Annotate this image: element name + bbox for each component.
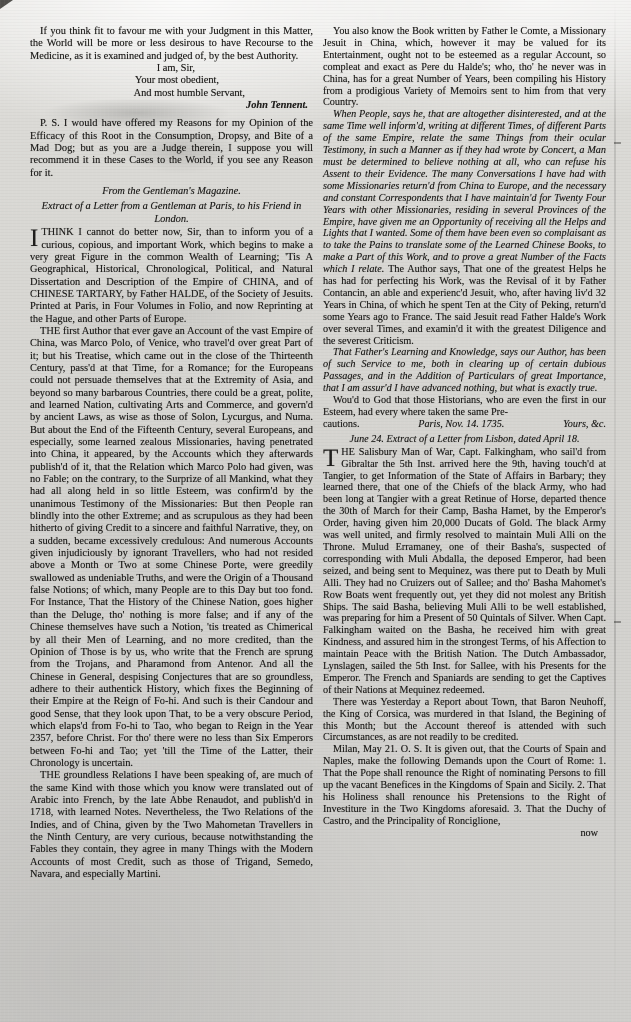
drop-cap-letter: T [323,447,341,469]
letter-closing: I am, Sir, Your most obedient, And most … [30,63,313,112]
catchword: now [323,828,606,840]
source-heading: From the Gentleman's Magazine. [30,186,313,198]
scanned-newspaper-page: If you think fit to favour me with your … [0,0,631,1022]
closing-line: I am, Sir, [30,63,313,75]
quoted-text: When People, says he, that are altogethe… [323,109,606,275]
paragraph-quote-and-author: When People, says he, that are altogethe… [323,109,606,347]
paragraph-text: THINK I cannot do better now, Sir, than … [30,227,313,324]
valediction: Yours, &c. [563,419,606,431]
paragraph-judgment: If you think fit to favour me with your … [30,26,313,63]
paragraph-corsica-report: There was Yesterday a Report about Town,… [323,697,606,745]
paragraph-text: HE Salisbury Man of War, Capt. Falkingha… [323,447,606,696]
signature-name: John Tennent. [30,100,313,112]
paragraph-think: ITHINK I cannot do better now, Sir, than… [30,227,313,326]
text-columns: If you think fit to favour me with your … [0,0,631,881]
paragraph-milan: Milan, May 21. O. S. It is given out, th… [323,744,606,827]
drop-cap-letter: I [30,227,41,249]
paragraph-first-author: THE first Author that ever gave an Accou… [30,326,313,770]
lisbon-letter-heading: June 24. Extract of a Letter from Lisbon… [323,434,606,446]
paragraph-postscript: P. S. I would have offered my Reasons fo… [30,118,313,180]
paragraph-woud: Wou'd to God that those Historians, who … [323,395,606,419]
paragraph-salisbury: THE Salisbury Man of War, Capt. Falkingh… [323,447,606,697]
closing-line: Your most obedient, [30,75,313,87]
paragraph-groundless: THE groundless Relations I have been spe… [30,770,313,881]
closing-line: And most humble Servant, [30,88,313,100]
dateline-row: cautions. Paris, Nov. 14. 1735. Yours, &… [323,419,606,431]
paragraph-lecomte: You also know the Book written by Father… [323,26,606,109]
dateline: Paris, Nov. 14. 1735. [418,419,504,431]
author-comment: The Author says, That one of the greates… [323,264,606,346]
letter-extract-heading: Extract of a Letter from a Gentleman at … [30,201,313,226]
spacer [30,180,313,183]
right-column: You also know the Book written by Father… [323,26,606,881]
left-column: If you think fit to favour me with your … [30,26,313,881]
paragraph-that-father: That Father's Learning and Knowledge, sa… [323,347,606,395]
paragraph-end-word: cautions. [323,419,360,431]
